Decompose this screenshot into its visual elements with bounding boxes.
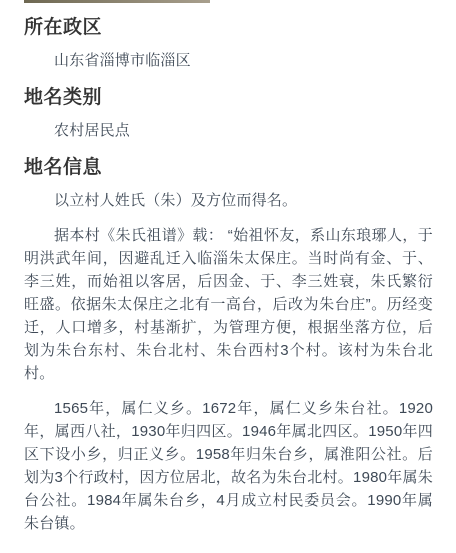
top-divider-rule xyxy=(24,0,210,3)
placename-info-origin-paragraph: 以立村人姓氏（朱）及方位而得名。 xyxy=(24,189,433,212)
placename-info-history-paragraph: 1565年，属仁义乡。1672年，属仁义乡朱台社。1920年，属西八社，1930… xyxy=(24,397,433,535)
section-placename-category: 地名类别 农村居民点 xyxy=(24,85,433,142)
section-placename-info: 地名信息 以立村人姓氏（朱）及方位而得名。 据本村《朱氏祖谱》载： “始祖怀友，… xyxy=(24,155,433,535)
placename-info-heading: 地名信息 xyxy=(24,155,433,181)
placename-detail-page: 所在政区 山东省淄博市临淄区 地名类别 农村居民点 地名信息 以立村人姓氏（朱）… xyxy=(0,0,456,553)
placename-category-value: 农村居民点 xyxy=(24,119,433,142)
placename-category-heading: 地名类别 xyxy=(24,85,433,111)
admin-region-heading: 所在政区 xyxy=(24,15,433,41)
admin-region-value: 山东省淄博市临淄区 xyxy=(24,49,433,72)
placename-info-genealogy-paragraph: 据本村《朱氏祖谱》载： “始祖怀友，系山东琅琊人，于明洪武年间，因避乱迁入临淄朱… xyxy=(24,224,433,385)
section-admin-region: 所在政区 山东省淄博市临淄区 xyxy=(24,15,433,72)
